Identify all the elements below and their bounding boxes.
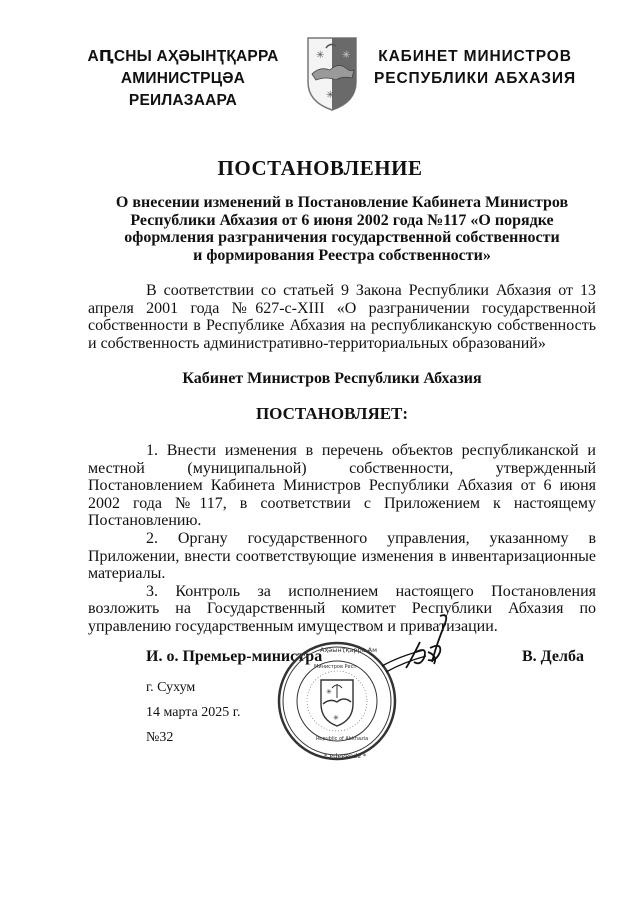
svg-text:✳: ✳ <box>326 688 332 696</box>
resolves-heading: ПОСТАНОВЛЯЕТ: <box>0 404 640 424</box>
document-subject: О внесении изменений в Постановление Каб… <box>90 194 594 264</box>
issuer: Кабинет Министров Республики Абхазия <box>0 370 640 388</box>
header-left-line1: АԤСНЫ АҲӘЫНҬҚАРРА <box>78 46 288 68</box>
header-abkhaz-name: АԤСНЫ АҲӘЫНҬҚАРРА АМИНИСТРЦӘА РЕИЛАЗААРА <box>78 46 288 112</box>
resolution-item: 2. Органу государственного управления, у… <box>88 530 596 583</box>
svg-text:✳: ✳ <box>333 714 339 722</box>
preamble-text: В соответствии со статьей 9 Закона Респу… <box>88 282 596 352</box>
svg-text:✳: ✳ <box>342 50 350 61</box>
document-type-title: ПОСТАНОВЛЕНИЕ <box>0 156 640 181</box>
resolution-item: 3. Контроль за исполнением настоящего По… <box>88 583 596 636</box>
resolution-items: 1. Внести изменения в перечень объектов … <box>88 442 596 636</box>
document-place: г. Сухум <box>146 680 195 696</box>
subject-line: Республики Абхазия от 6 июня 2002 года №… <box>90 212 594 230</box>
document-number: №32 <box>146 730 173 746</box>
header-left-line2: АМИНИСТРЦӘА РЕИЛАЗААРА <box>78 68 288 112</box>
svg-text:Аҳәынҭқарра Ам: Аҳәынҭқарра Ам <box>320 646 377 654</box>
svg-text:✳: ✳ <box>326 90 334 101</box>
document-date: 14 марта 2025 г. <box>146 705 240 721</box>
signatory-name: В. Делба <box>522 648 584 666</box>
header-right-line2: РЕСПУБЛИКИ АБХАЗИЯ <box>370 68 580 90</box>
resolution-item: 1. Внести изменения в перечень объектов … <box>88 442 596 530</box>
header-right-line1: КАБИНЕТ МИНИСТРОВ <box>370 46 580 68</box>
subject-line: и формирования Реестра собственности» <box>90 247 594 265</box>
svg-text:✳: ✳ <box>316 50 324 61</box>
subject-line: О внесении изменений в Постановление Каб… <box>90 194 594 212</box>
svg-text:Republic of Abkhazia: Republic of Abkhazia <box>316 736 368 742</box>
svg-text:Министров Респ: Министров Респ <box>314 664 357 670</box>
subject-line: оформления разграничения государственной… <box>90 229 594 247</box>
signature-icon <box>380 612 470 682</box>
header-russian-name: КАБИНЕТ МИНИСТРОВ РЕСПУБЛИКИ АБХАЗИЯ <box>370 46 580 90</box>
preamble: В соответствии со статьей 9 Закона Респу… <box>88 282 596 352</box>
svg-text:* ɐdɐɐɐɐdɐ *: * ɐdɐɐɐɐdɐ * <box>324 752 367 760</box>
coat-of-arms-icon: ✳ ✳ ✳ <box>306 36 358 112</box>
